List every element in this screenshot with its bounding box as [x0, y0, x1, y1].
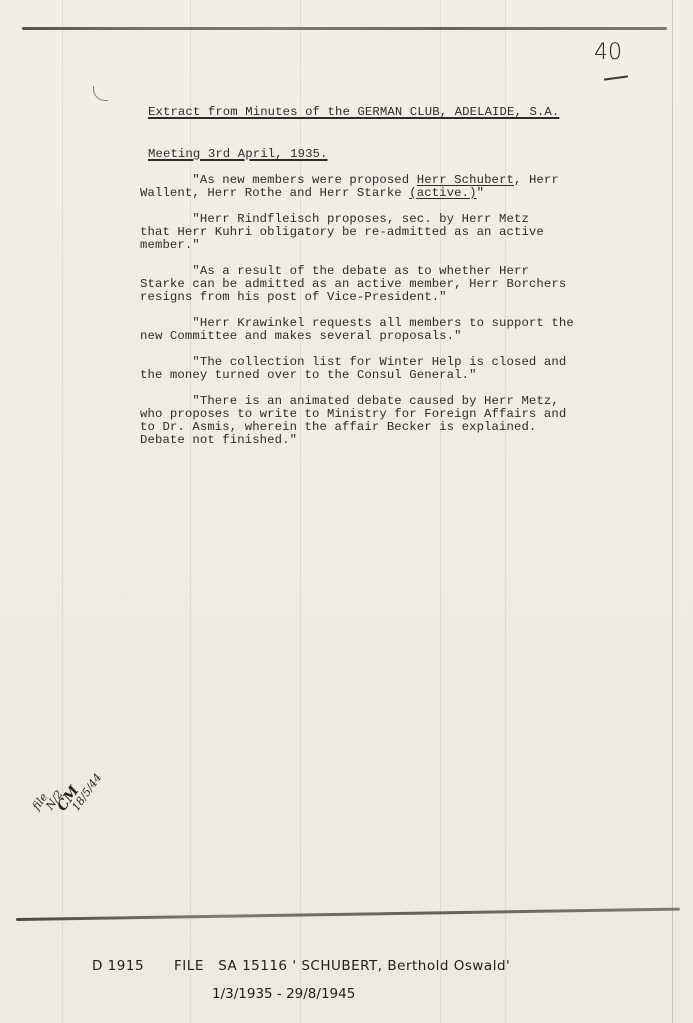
page-number-underline	[604, 75, 628, 80]
para-4-line-2: new Committee and makes several proposal…	[140, 329, 462, 343]
para-3-line-2: Starke can be admitted as an active memb…	[140, 277, 566, 291]
underlined-status: (active.)	[409, 186, 476, 200]
bottom-rule	[16, 908, 680, 921]
meeting-date: Meeting 3rd April, 1935.	[148, 148, 328, 161]
footer-subject: ' SCHUBERT, Berthold Oswald'	[292, 958, 510, 974]
para-1-line-2: Wallent, Herr Rothe and Herr Starke (act…	[140, 186, 484, 200]
minutes-paragraph-3: "As a result of the debate as to whether…	[140, 265, 618, 304]
scan-artifact-line	[62, 0, 63, 1023]
underlined-name: Herr Schubert	[417, 173, 514, 187]
minutes-paragraph-6: "There is an animated debate caused by H…	[140, 395, 618, 447]
para-4-line-1: "Herr Krawinkel requests all members to …	[140, 316, 574, 330]
document-heading: Extract from Minutes of the GERMAN CLUB,…	[148, 106, 618, 119]
para-2-line-1: "Herr Rindfleisch proposes, sec. by Herr…	[140, 212, 529, 226]
minutes-paragraph-2: "Herr Rindfleisch proposes, sec. by Herr…	[140, 213, 618, 252]
minutes-paragraph-5: "The collection list for Winter Help is …	[140, 356, 618, 382]
page-edge	[672, 0, 673, 1023]
para-2-line-2: that Herr Kuhri obligatory be re-admitte…	[140, 225, 544, 239]
margin-annotation: file N/2 CM 18/5/44	[30, 740, 125, 840]
footer-file-reference: D 1915FILE SA 15116 ' SCHUBERT, Berthold…	[92, 958, 510, 974]
para-3-line-3: resigns from his post of Vice-President.…	[140, 290, 447, 304]
para-6-line-2: who proposes to write to Ministry for Fo…	[140, 407, 566, 421]
footer-ref: D 1915	[92, 958, 144, 974]
para-1-line-1: "As new members were proposed Herr Schub…	[140, 173, 559, 187]
minutes-paragraph-1: "As new members were proposed Herr Schub…	[140, 174, 618, 200]
para-3-line-1: "As a result of the debate as to whether…	[140, 264, 529, 278]
footer-file-number: SA 15116	[218, 958, 287, 974]
para-5-line-1: "The collection list for Winter Help is …	[140, 355, 566, 369]
footer-file-label: FILE	[174, 958, 204, 974]
para-6-line-1: "There is an animated debate caused by H…	[140, 394, 559, 408]
para-2-line-3: member."	[140, 238, 200, 252]
footer-date-range: 1/3/1935 - 29/8/1945	[212, 986, 355, 1002]
para-6-line-4: Debate not finished."	[140, 433, 297, 447]
minutes-paragraph-4: "Herr Krawinkel requests all members to …	[140, 317, 618, 343]
document-page: 40 Extract from Minutes of the GERMAN CL…	[0, 0, 693, 1023]
page-number: 40	[594, 40, 622, 65]
top-rule	[22, 27, 667, 30]
pencil-mark	[93, 86, 108, 101]
document-body: Extract from Minutes of the GERMAN CLUB,…	[148, 106, 618, 447]
para-6-line-3: to Dr. Asmis, wherein the affair Becker …	[140, 420, 536, 434]
para-5-line-2: the money turned over to the Consul Gene…	[140, 368, 477, 382]
